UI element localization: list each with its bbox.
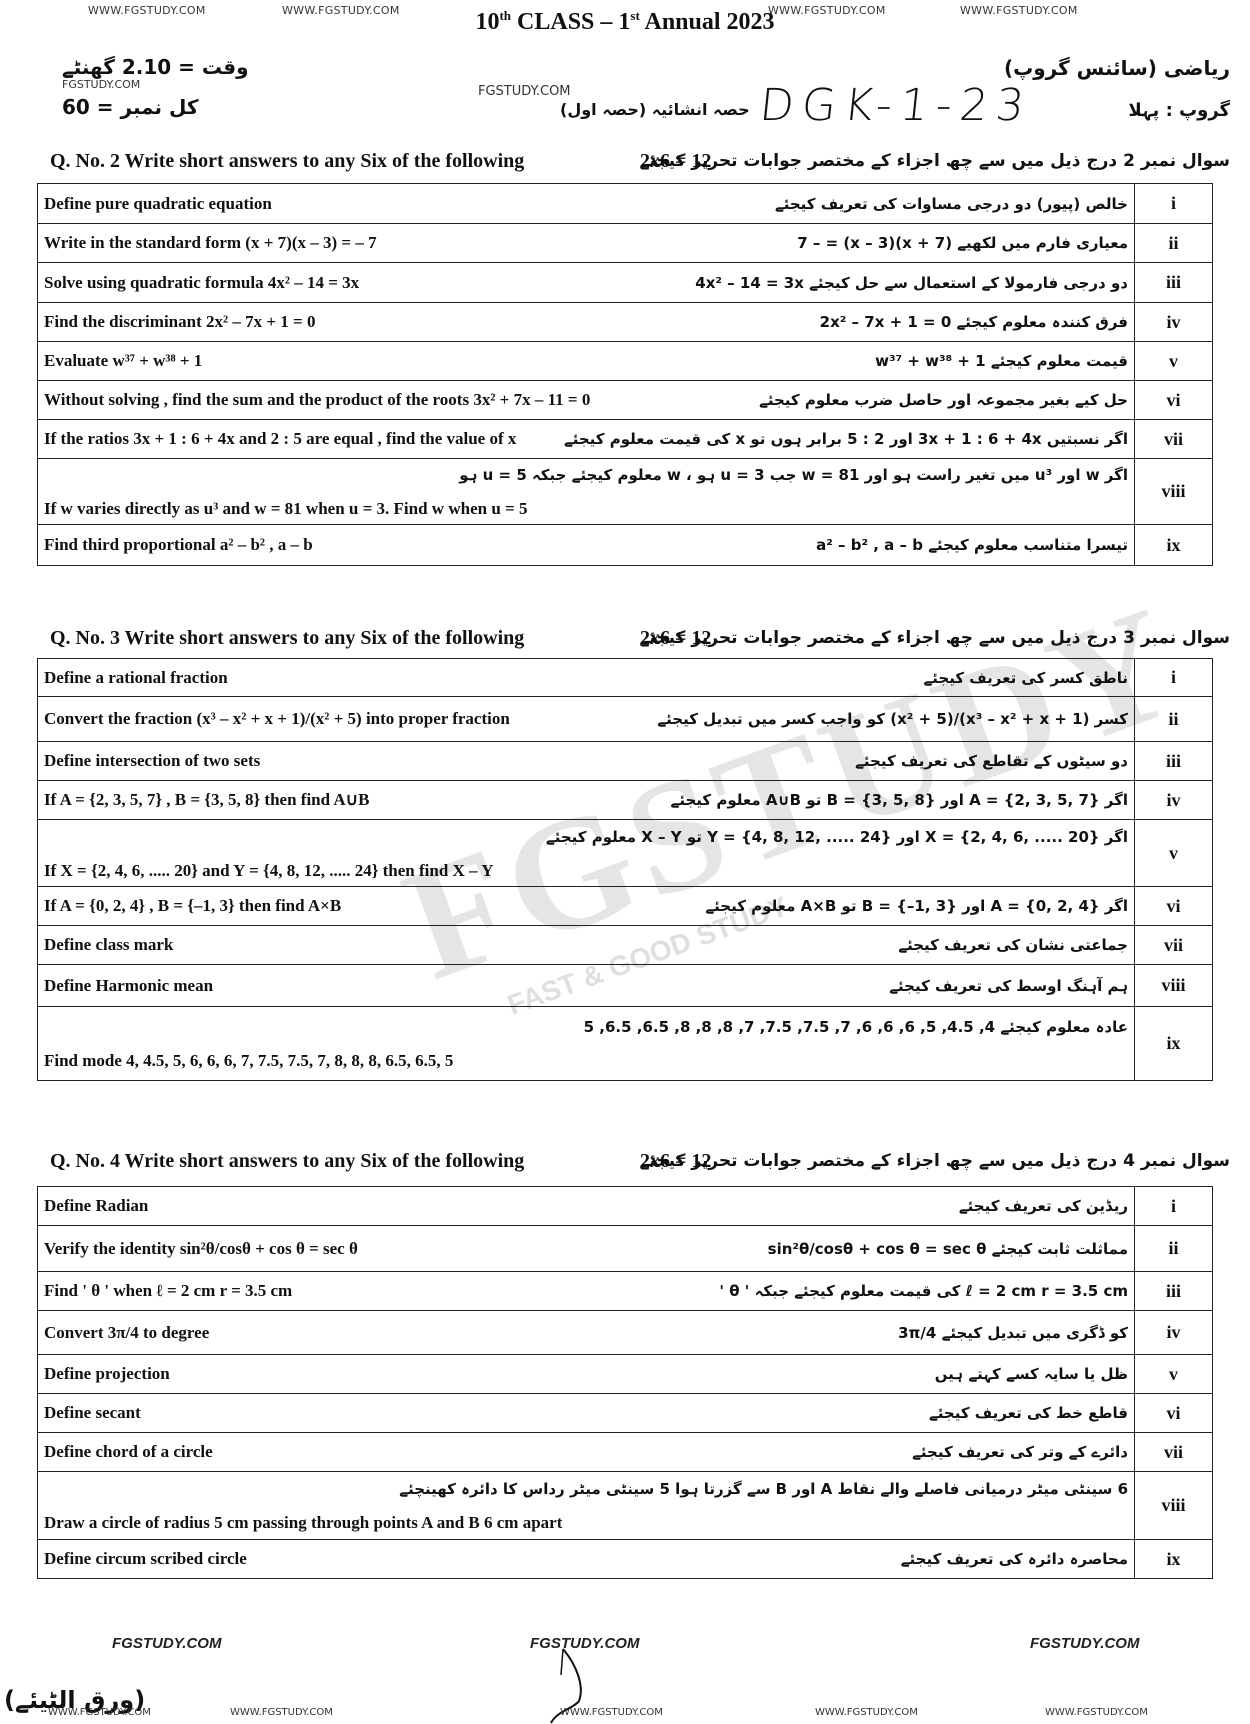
question-item-row: Define Harmonic meanہم آہنگ اوسط کی تعری… — [38, 965, 1213, 1007]
question-item-content: If A = {0, 2, 4} , B = {–1, 3} then find… — [38, 887, 1135, 926]
question-2-table: Define pure quadratic equationخالص (پیور… — [37, 183, 1213, 566]
question-item-row: Find ' θ ' when ℓ = 2 cm r = 3.5 cm' θ '… — [38, 1272, 1213, 1311]
item-text-english: Convert 3π/4 to degree — [44, 1323, 209, 1343]
exam-title: 10th CLASS – 1st Annual 2023 — [0, 8, 1250, 36]
item-text-english: Define pure quadratic equation — [44, 194, 272, 214]
item-text-english: Draw a circle of radius 5 cm passing thr… — [44, 1513, 562, 1532]
item-text-urdu: اگر w اور u³ میں تغیر راست ہو اور w = 81… — [459, 466, 1128, 484]
item-number: iv — [1135, 1311, 1213, 1355]
item-number: vi — [1135, 381, 1213, 420]
item-text-urdu: مماثلت ثابت کیجئے sin²θ/cosθ + cos θ = s… — [768, 1240, 1128, 1258]
item-number: vii — [1135, 926, 1213, 965]
question-item-row: Define Radianریڈین کی تعریف کیجئےi — [38, 1187, 1213, 1226]
item-text-english: If w varies directly as u³ and w = 81 wh… — [44, 499, 527, 518]
footer-watermark-3: FGSTUDY.COM — [1030, 1635, 1139, 1652]
question-item-row: Find the discriminant 2x² – 7x + 1 = 0فر… — [38, 303, 1213, 342]
question-item-row: Without solving , find the sum and the p… — [38, 381, 1213, 420]
item-number: i — [1135, 659, 1213, 697]
item-text-english: Define secant — [44, 1403, 141, 1423]
footer-bottom-watermark-5: WWW.FGSTUDY.COM — [1045, 1707, 1148, 1718]
item-number: viii — [1135, 965, 1213, 1007]
item-number: i — [1135, 1187, 1213, 1226]
time-allowed: وقت = 2.10 گھنٹے — [62, 55, 249, 79]
item-number: iii — [1135, 742, 1213, 781]
question-item-row: اگر w اور u³ میں تغیر راست ہو اور w = 81… — [38, 459, 1213, 525]
footer-bottom-watermark-1: WWW.FGSTUDY.COM — [48, 1707, 151, 1718]
item-text-urdu: دو درجی فارمولا کے استعمال سے حل کیجئے 4… — [695, 274, 1128, 292]
class-suffix: th — [499, 8, 511, 23]
item-text-english: Define projection — [44, 1364, 170, 1384]
question-item-content: Define projectionظل یا سایہ کسے کہتے ہیں — [38, 1355, 1135, 1394]
question-item-content: Define Radianریڈین کی تعریف کیجئے — [38, 1187, 1135, 1226]
footer-bottom-watermark-4: WWW.FGSTUDY.COM — [815, 1707, 918, 1718]
item-text-english: Evaluate w³⁷ + w³⁸ + 1 — [44, 351, 202, 371]
question-item-row: If A = {0, 2, 4} , B = {–1, 3} then find… — [38, 887, 1213, 926]
question-item-content: Find ' θ ' when ℓ = 2 cm r = 3.5 cm' θ '… — [38, 1272, 1135, 1311]
question-item-content: اگر w اور u³ میں تغیر راست ہو اور w = 81… — [38, 459, 1135, 525]
class-label: CLASS – 1 — [517, 9, 630, 35]
question-item-content: Write in the standard form (x + 7)(x – 3… — [38, 224, 1135, 263]
subject-label: ریاضی (سائنس گروپ) — [1004, 56, 1230, 80]
item-text-english: Find ' θ ' when ℓ = 2 cm r = 3.5 cm — [44, 1281, 292, 1301]
question-item-row: عادہ معلوم کیجئے 4, 4.5, 5, 6, 6, 6, 7, … — [38, 1007, 1213, 1081]
item-text-urdu: معیاری فارم میں لکھیے (x + 7)(x – 3) = –… — [797, 234, 1128, 252]
question-item-content: Define Harmonic meanہم آہنگ اوسط کی تعری… — [38, 965, 1135, 1007]
question-item-content: If A = {2, 3, 5, 7} , B = {3, 5, 8} then… — [38, 781, 1135, 820]
question-item-row: Evaluate w³⁷ + w³⁸ + 1قیمت معلوم کیجئے w… — [38, 342, 1213, 381]
question-item-row: Define circum scribed circleمحاصرہ دائرہ… — [38, 1540, 1213, 1579]
question-3-heading-en: Q. No. 3 Write short answers to any Six … — [50, 627, 524, 650]
item-text-urdu: 3π/4 کو ڈگری میں تبدیل کیجئے — [898, 1324, 1128, 1342]
watermark-header-mid: FGSTUDY.COM — [478, 84, 571, 99]
footer-watermark-1: FGSTUDY.COM — [112, 1635, 221, 1652]
item-text-urdu: قاطع خط کی تعریف کیجئے — [929, 1404, 1128, 1422]
section-label: حصہ انشائیہ (حصہ اول) — [560, 100, 750, 119]
question-item-content: Find the discriminant 2x² – 7x + 1 = 0فر… — [38, 303, 1135, 342]
item-text-urdu: فرق کنندہ معلوم کیجئے 2x² – 7x + 1 = 0 — [820, 313, 1128, 331]
question-item-row: Write in the standard form (x + 7)(x – 3… — [38, 224, 1213, 263]
item-text-urdu: اگر نسبتیں 3x + 1 : 6 + 4x اور 2 : 5 برا… — [564, 430, 1128, 448]
item-text-urdu: دائرے کے وتر کی تعریف کیجئے — [912, 1443, 1128, 1461]
item-text-urdu: ' θ ' کی قیمت معلوم کیجئے جبکہ ℓ = 2 cm … — [719, 1282, 1128, 1300]
footer-bottom-watermark-3: WWW.FGSTUDY.COM — [560, 1707, 663, 1718]
question-item-content: عادہ معلوم کیجئے 4, 4.5, 5, 6, 6, 6, 7, … — [38, 1007, 1135, 1081]
question-item-content: Verify the identity sin²θ/cosθ + cos θ =… — [38, 1226, 1135, 1272]
item-text-english: Find third proportional a² – b² , a – b — [44, 535, 313, 555]
question-item-row: Define projectionظل یا سایہ کسے کہتے ہیں… — [38, 1355, 1213, 1394]
item-number: vii — [1135, 420, 1213, 459]
item-number: iv — [1135, 303, 1213, 342]
question-item-row: If the ratios 3x + 1 : 6 + 4x and 2 : 5 … — [38, 420, 1213, 459]
class-number: 10 — [475, 9, 499, 35]
question-4-heading: Q. No. 4 Write short answers to any Six … — [0, 1150, 1250, 1180]
question-item-row: Define a rational fractionناطق کسر کی تع… — [38, 659, 1213, 697]
item-text-english: Convert the fraction (x³ – x² + x + 1)/(… — [44, 709, 510, 729]
question-4-table: Define Radianریڈین کی تعریف کیجئےiVerify… — [37, 1186, 1213, 1579]
item-number: v — [1135, 1355, 1213, 1394]
item-text-urdu: خالص (پیور) دو درجی مساوات کی تعریف کیجئ… — [775, 195, 1128, 213]
item-number: viii — [1135, 459, 1213, 525]
item-text-english: Write in the standard form (x + 7)(x – 3… — [44, 233, 377, 253]
question-item-row: Convert 3π/4 to degree3π/4 کو ڈگری میں ت… — [38, 1311, 1213, 1355]
item-text-english: Define a rational fraction — [44, 668, 228, 688]
question-item-content: Find third proportional a² – b² , a – bت… — [38, 525, 1135, 566]
item-text-english: Find mode 4, 4.5, 5, 6, 6, 6, 7, 7.5, 7.… — [44, 1051, 453, 1070]
question-item-row: Define class markجماعتی نشان کی تعریف کی… — [38, 926, 1213, 965]
question-3-heading-ur: سوال نمبر 3 درج ذیل میں سے چھ اجزاء کے م… — [639, 627, 1230, 648]
item-text-urdu: ہم آہنگ اوسط کی تعریف کیجئے — [889, 977, 1128, 995]
item-text-english: Without solving , find the sum and the p… — [44, 390, 590, 410]
item-number: iii — [1135, 263, 1213, 303]
question-item-row: Solve using quadratic formula 4x² – 14 =… — [38, 263, 1213, 303]
question-3-heading: Q. No. 3 Write short answers to any Six … — [0, 627, 1250, 657]
item-text-urdu: ریڈین کی تعریف کیجئے — [959, 1197, 1128, 1215]
question-item-content: Define chord of a circleدائرے کے وتر کی … — [38, 1433, 1135, 1472]
item-number: vi — [1135, 1394, 1213, 1433]
item-text-english: Define chord of a circle — [44, 1442, 213, 1462]
question-item-content: Define pure quadratic equationخالص (پیور… — [38, 184, 1135, 224]
item-text-urdu: تیسرا متناسب معلوم کیجئے a² – b² , a – b — [816, 536, 1128, 554]
item-number: ii — [1135, 697, 1213, 742]
question-2-heading-ur: سوال نمبر 2 درج ذیل میں سے چھ اجزاء کے م… — [639, 150, 1230, 171]
question-item-content: Define intersection of two setsدو سیٹوں … — [38, 742, 1135, 781]
item-text-english: Solve using quadratic formula 4x² – 14 =… — [44, 273, 359, 293]
question-item-row: Convert the fraction (x³ – x² + x + 1)/(… — [38, 697, 1213, 742]
item-text-english: Define Harmonic mean — [44, 976, 213, 996]
item-number: v — [1135, 820, 1213, 887]
question-item-content: If the ratios 3x + 1 : 6 + 4x and 2 : 5 … — [38, 420, 1135, 459]
item-text-urdu: اگر A = {2, 3, 5, 7} اور B = {3, 5, 8} ت… — [671, 791, 1128, 809]
item-text-urdu: کسر (x³ – x² + x + 1)/(x² + 5) کو واجب ک… — [657, 710, 1128, 728]
question-item-content: Convert the fraction (x³ – x² + x + 1)/(… — [38, 697, 1135, 742]
item-text-urdu: جماعتی نشان کی تعریف کیجئے — [898, 936, 1128, 954]
item-number: vi — [1135, 887, 1213, 926]
item-number: iii — [1135, 1272, 1213, 1311]
item-text-urdu: قیمت معلوم کیجئے w³⁷ + w³⁸ + 1 — [875, 352, 1128, 370]
question-item-row: اگر X = {2, 4, 6, ..... 20} اور Y = {4, … — [38, 820, 1213, 887]
item-text-urdu: ناطق کسر کی تعریف کیجئے — [923, 669, 1128, 687]
item-text-urdu: دو سیٹوں کے تقاطع کی تعریف کیجئے — [855, 752, 1128, 770]
question-2-heading-en: Q. No. 2 Write short answers to any Six … — [50, 150, 524, 173]
item-number: ii — [1135, 1226, 1213, 1272]
question-item-content: Evaluate w³⁷ + w³⁸ + 1قیمت معلوم کیجئے w… — [38, 342, 1135, 381]
item-text-urdu: اگر X = {2, 4, 6, ..... 20} اور Y = {4, … — [546, 828, 1128, 846]
item-text-urdu: ظل یا سایہ کسے کہتے ہیں — [935, 1365, 1128, 1383]
question-item-row: Find third proportional a² – b² , a – bت… — [38, 525, 1213, 566]
item-text-urdu: حل کیے بغیر مجموعہ اور حاصل ضرب معلوم کی… — [759, 391, 1128, 409]
question-item-content: Define class markجماعتی نشان کی تعریف کی… — [38, 926, 1135, 965]
question-2-heading: Q. No. 2 Write short answers to any Six … — [0, 150, 1250, 180]
item-text-english: Define circum scribed circle — [44, 1549, 247, 1569]
watermark-header-left: FGSTUDY.COM — [62, 78, 140, 91]
question-4-heading-ur: سوال نمبر 4 درج ذیل میں سے چھ اجزاء کے م… — [639, 1150, 1230, 1171]
question-item-content: Define a rational fractionناطق کسر کی تع… — [38, 659, 1135, 697]
item-text-urdu: عادہ معلوم کیجئے 4, 4.5, 5, 6, 6, 6, 7, … — [584, 1018, 1128, 1036]
item-number: v — [1135, 342, 1213, 381]
item-number: i — [1135, 184, 1213, 224]
question-item-content: Convert 3π/4 to degree3π/4 کو ڈگری میں ت… — [38, 1311, 1135, 1355]
item-text-english: If the ratios 3x + 1 : 6 + 4x and 2 : 5 … — [44, 429, 516, 449]
item-number: iv — [1135, 781, 1213, 820]
question-item-content: Without solving , find the sum and the p… — [38, 381, 1135, 420]
item-number: viii — [1135, 1472, 1213, 1540]
total-marks: کل نمبر = 60 — [62, 95, 199, 119]
item-number: ii — [1135, 224, 1213, 263]
question-item-row: Verify the identity sin²θ/cosθ + cos θ =… — [38, 1226, 1213, 1272]
question-item-content: اگر X = {2, 4, 6, ..... 20} اور Y = {4, … — [38, 820, 1135, 887]
question-item-row: Define secantقاطع خط کی تعریف کیجئےvi — [38, 1394, 1213, 1433]
item-text-english: If A = {2, 3, 5, 7} , B = {3, 5, 8} then… — [44, 790, 369, 810]
item-number: ix — [1135, 1007, 1213, 1081]
item-text-english: Verify the identity sin²θ/cosθ + cos θ =… — [44, 1239, 358, 1259]
question-item-row: If A = {2, 3, 5, 7} , B = {3, 5, 8} then… — [38, 781, 1213, 820]
item-text-english: Define intersection of two sets — [44, 751, 260, 771]
question-item-row: 6 سینٹی میٹر درمیانی فاصلے والے نقاط A ا… — [38, 1472, 1213, 1540]
item-text-urdu: اگر A = {0, 2, 4} اور B = {–1, 3} تو A×B… — [705, 897, 1128, 915]
item-number: ix — [1135, 525, 1213, 566]
item-number: vii — [1135, 1433, 1213, 1472]
annual-label: Annual 2023 — [644, 9, 774, 35]
question-item-content: Define secantقاطع خط کی تعریف کیجئے — [38, 1394, 1135, 1433]
question-item-content: Define circum scribed circleمحاصرہ دائرہ… — [38, 1540, 1135, 1579]
question-3-table: Define a rational fractionناطق کسر کی تع… — [37, 658, 1213, 1081]
item-text-urdu: محاصرہ دائرہ کی تعریف کیجئے — [901, 1550, 1128, 1568]
group-label: گروپ : پہلا — [1128, 100, 1230, 121]
item-text-english: Find the discriminant 2x² – 7x + 1 = 0 — [44, 312, 315, 332]
question-item-content: Solve using quadratic formula 4x² – 14 =… — [38, 263, 1135, 303]
question-item-row: Define intersection of two setsدو سیٹوں … — [38, 742, 1213, 781]
item-text-english: If X = {2, 4, 6, ..... 20} and Y = {4, 8… — [44, 861, 493, 880]
question-item-row: Define chord of a circleدائرے کے وتر کی … — [38, 1433, 1213, 1472]
question-4-heading-en: Q. No. 4 Write short answers to any Six … — [50, 1150, 524, 1173]
paper-code-handwritten: DGK-1-23 — [757, 80, 1034, 131]
question-item-content: 6 سینٹی میٹر درمیانی فاصلے والے نقاط A ا… — [38, 1472, 1135, 1540]
item-text-english: Define Radian — [44, 1196, 148, 1216]
annual-suffix: st — [630, 8, 639, 23]
item-number: ix — [1135, 1540, 1213, 1579]
item-text-english: Define class mark — [44, 935, 173, 955]
footer-bottom-watermark-2: WWW.FGSTUDY.COM — [230, 1707, 333, 1718]
question-item-row: Define pure quadratic equationخالص (پیور… — [38, 184, 1213, 224]
item-text-urdu: 6 سینٹی میٹر درمیانی فاصلے والے نقاط A ا… — [399, 1480, 1128, 1498]
item-text-english: If A = {0, 2, 4} , B = {–1, 3} then find… — [44, 896, 341, 916]
